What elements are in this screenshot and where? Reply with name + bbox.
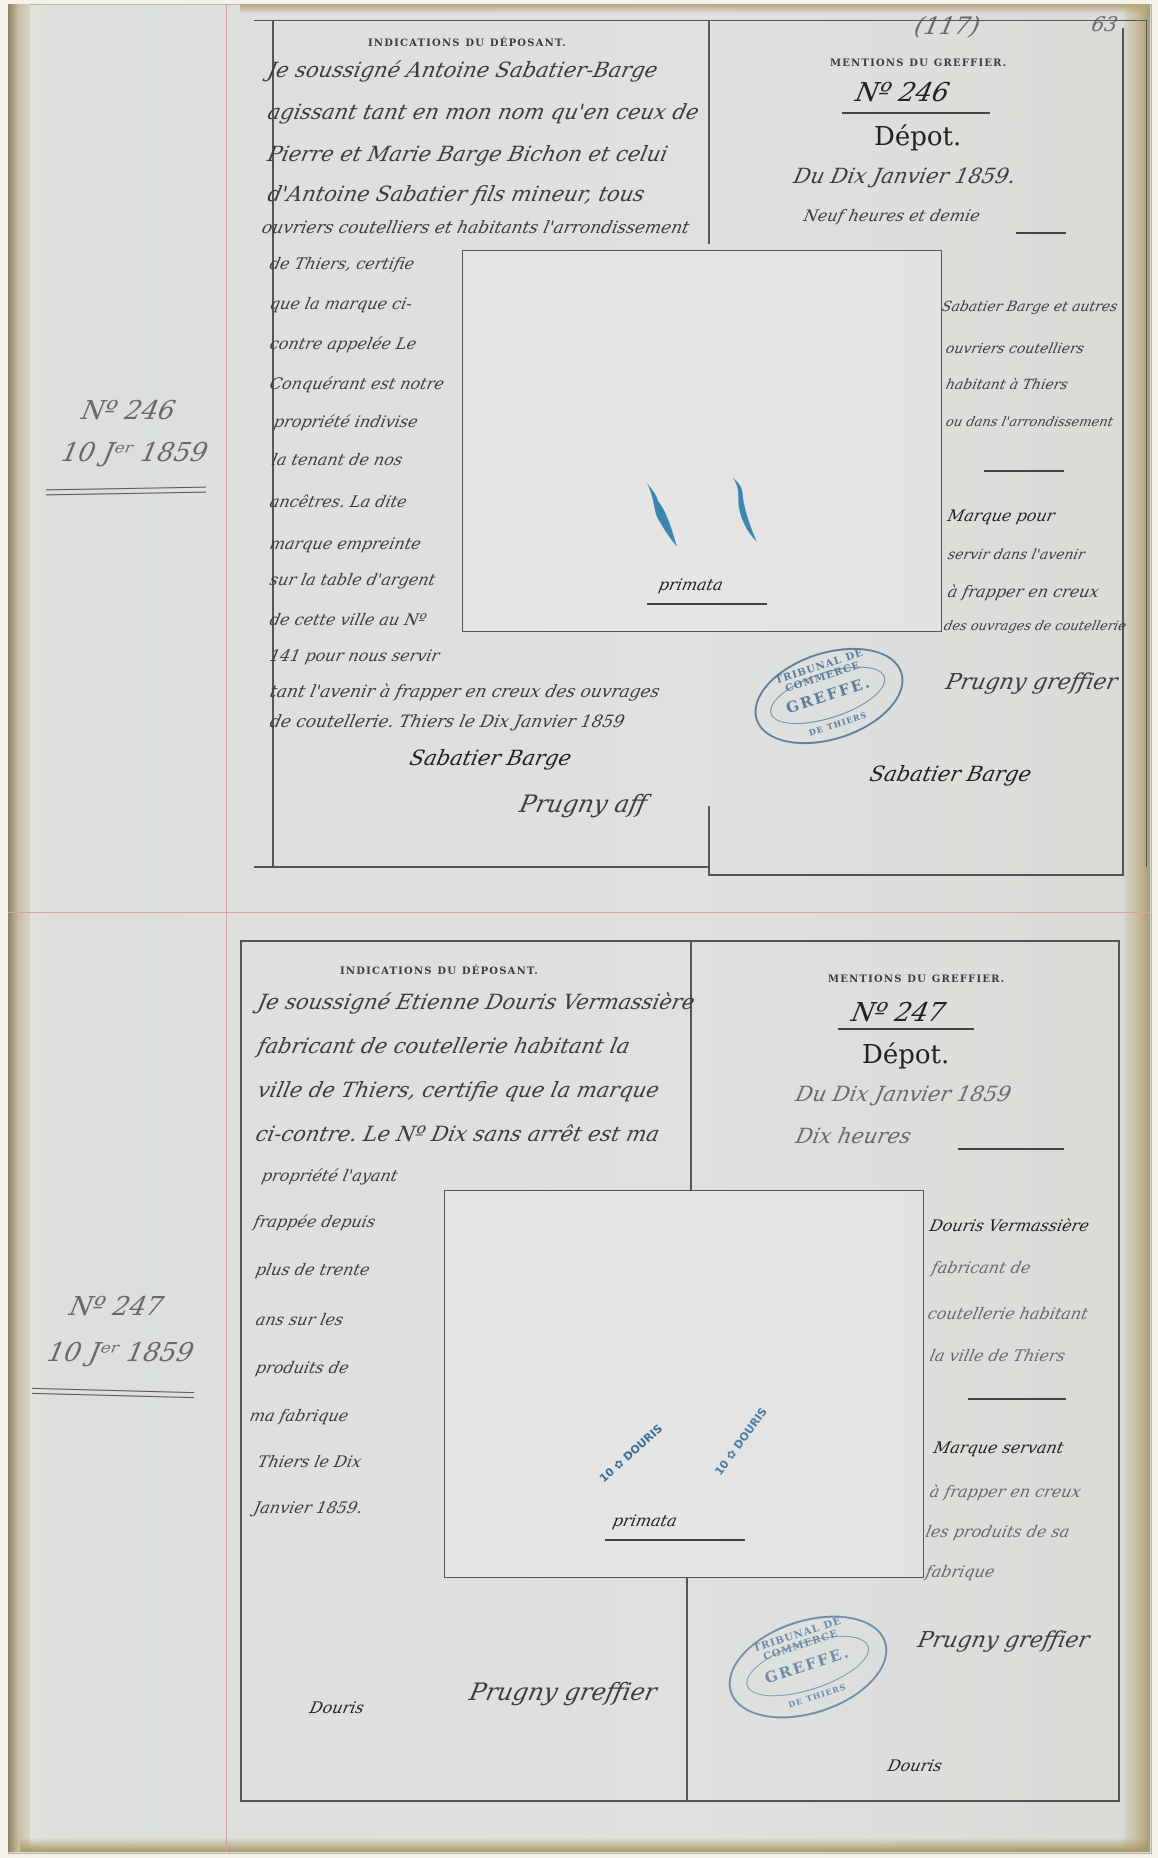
column-divider-top <box>708 20 710 244</box>
frame-top-line <box>240 940 1120 942</box>
page-top-edge <box>240 4 1148 14</box>
book-binding <box>8 4 30 1852</box>
frame-right-line <box>1118 940 1120 1802</box>
deposant-text-bottom-2: de coutellerie. Thiers le Dix Janvier 18… <box>268 714 626 731</box>
blade-mark-icon <box>643 481 683 551</box>
mark-caption: primata <box>657 577 724 593</box>
deposant-signature-right: Sabatier Barge <box>868 764 1033 785</box>
deposant-header: INDICATIONS DU DÉPOSANT. <box>340 966 539 977</box>
depot-date: Du Dix Janvier 1859 <box>794 1084 1013 1105</box>
deposant-text-bottom-1: tant l'avenir à frapper en creux des ouv… <box>268 684 661 701</box>
mark-caption-underline <box>647 603 767 605</box>
column-divider-top <box>690 940 692 1190</box>
depot-time: Dix heures <box>794 1126 913 1147</box>
entry-number-underline <box>838 1028 974 1030</box>
deposant-signature: Sabatier Barge <box>408 748 573 769</box>
margin-entry-date: 10 Jᵉʳ 1859 <box>59 440 210 466</box>
deposant-signature: Douris <box>308 1700 365 1716</box>
margin-entry-number: Nº 247 <box>67 1294 165 1320</box>
blade-mark-icon <box>731 476 761 546</box>
entry-number: Nº 246 <box>853 80 951 106</box>
douris-mark-stamp: 10 ✿ DOURIS <box>597 1422 665 1485</box>
notes-divider <box>968 1398 1066 1400</box>
entry-number: Nº 247 <box>849 1000 947 1026</box>
notes-divider <box>984 470 1064 472</box>
greffier-header: MENTIONS DU GREFFIER. <box>830 58 1007 69</box>
depot-date: Du Dix Janvier 1859. <box>792 166 1018 187</box>
greffier-signature-right: Prugny greffier <box>944 672 1120 694</box>
mark-caption-underline <box>605 1539 745 1541</box>
time-underline <box>958 1148 1064 1150</box>
frame-bottom-line-right <box>708 874 1124 876</box>
margin-entry-date: 10 Jᵉʳ 1859 <box>45 1340 196 1366</box>
mark-imprint-box: 10 ✿ DOURIS 10 ✿ DOURIS primata <box>444 1190 924 1578</box>
frame-right-line <box>1122 28 1124 874</box>
deposant-header: INDICATIONS DU DÉPOSANT. <box>368 38 567 49</box>
greffier-signature-left: Prugny aff <box>517 792 649 816</box>
page-bottom-edge <box>20 1838 1148 1852</box>
entry-separator-rule <box>8 912 1150 913</box>
greffier-header: MENTIONS DU GREFFIER. <box>828 974 1005 985</box>
deposant-signature-right: Douris <box>886 1758 943 1774</box>
depot-label: Dépot. <box>862 1042 949 1068</box>
column-divider-bottom <box>686 1578 688 1800</box>
depot-time: Neuf heures et demie <box>802 208 981 224</box>
greffier-signature-right: Prugny greffier <box>916 1630 1092 1652</box>
entry-number-underline <box>842 112 990 114</box>
frame-bottom-line <box>254 866 709 868</box>
frame-bottom-line <box>240 1800 1120 1802</box>
margin-rule <box>226 4 227 1852</box>
mark-caption: primata <box>611 1513 678 1529</box>
margin-entry-number: Nº 246 <box>79 398 177 424</box>
time-underline <box>1016 232 1066 234</box>
depot-label: Dépot. <box>874 124 961 150</box>
douris-mark-stamp: 10 ✿ DOURIS <box>712 1405 770 1477</box>
mark-imprint-box: primata <box>462 250 942 632</box>
greffier-signature-left: Prugny greffier <box>467 1680 659 1704</box>
frame-left-line <box>240 940 242 1802</box>
column-divider-bottom <box>708 806 710 874</box>
